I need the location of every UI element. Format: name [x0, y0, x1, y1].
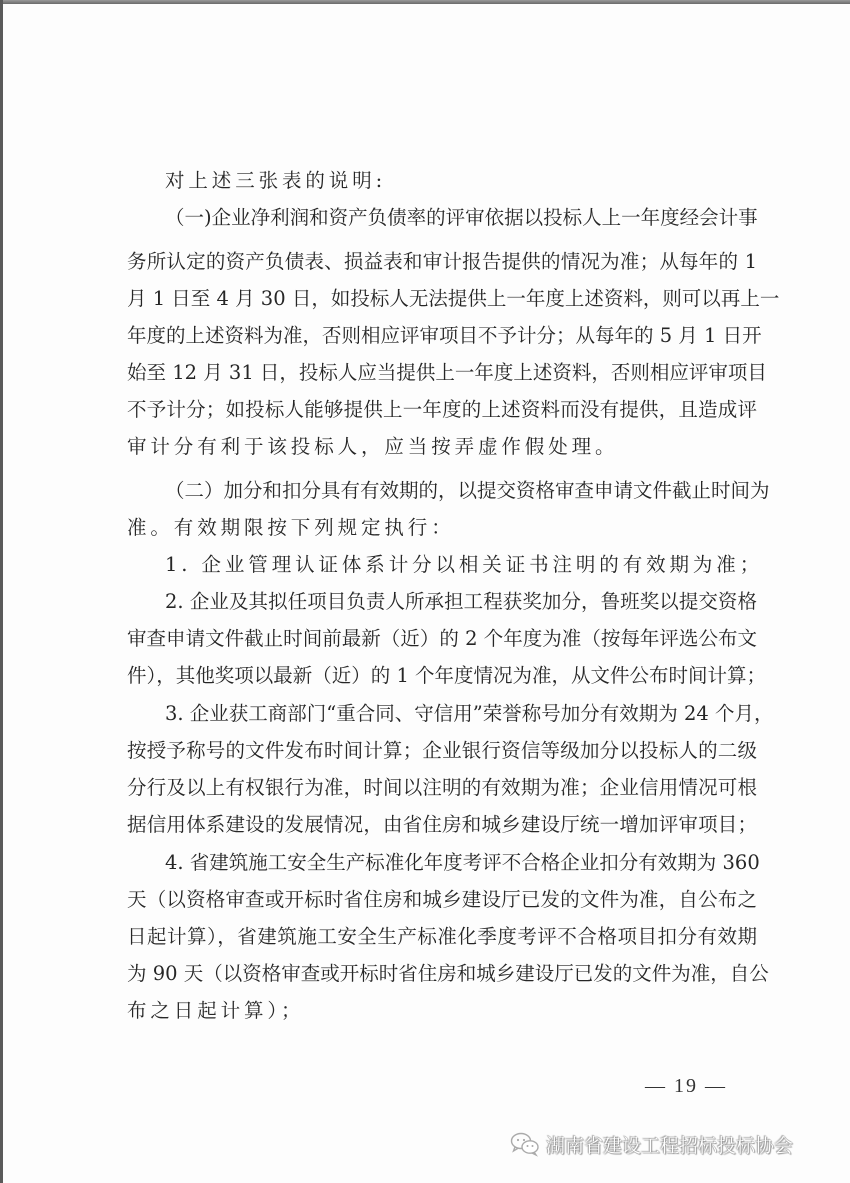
- text-line: 务所认定的资产负债表、损益表和审计报告提供的情况为准；从每年的 1: [127, 247, 757, 277]
- page-number: — 19 —: [645, 1075, 727, 1098]
- text-line: 准。有效期限按下列规定执行：: [127, 513, 757, 543]
- text-line: （一)企业净利润和资产负债率的评审依据以投标人上一年度经会计事: [165, 203, 757, 233]
- text-line: 1. 企业管理认证体系计分以相关证书注明的有效期为准；: [165, 550, 757, 580]
- text-line: 对上述三张表的说明:: [165, 166, 757, 196]
- text-line: （二）加分和扣分具有有效期的，以提交资格审查申请文件截止时间为: [165, 476, 757, 506]
- scan-border-top: [0, 0, 850, 4]
- text-line: 月 1 日至 4 月 30 日，如投标人无法提供上一年度上述资料，则可以再上一: [127, 284, 757, 314]
- text-line: 日起计算），省建筑施工安全生产标准化季度考评不合格项目扣分有效期: [127, 922, 757, 952]
- text-line: 天（以资格审查或开标时省住房和城乡建设厅已发的文件为准，自公布之: [127, 885, 757, 915]
- text-line: 审计分有利于该投标人，应当按弄虚作假处理。: [127, 432, 757, 462]
- text-line: 按授予称号的文件发布时间计算；企业银行资信等级加分以投标人的二级: [127, 736, 757, 766]
- text-line: 2. 企业及其拟任项目负责人所承担工程获奖加分，鲁班奖以提交资格: [165, 587, 757, 617]
- text-line: 为 90 天（以资格审查或开标时省住房和城乡建设厅已发的文件为准，自公: [127, 959, 757, 989]
- wechat-icon: [510, 1131, 540, 1157]
- scan-border-left: [0, 0, 3, 1183]
- text-line: 审查申请文件截止时间前最新（近）的 2 个年度为准（按每年评选公布文: [127, 624, 757, 654]
- text-line: 件），其他奖项以最新（近）的 1 个年度情况为准，从文件公布时间计算；: [127, 661, 757, 691]
- text-line: 始至 12 月 31 日，投标人应当提供上一年度上述资料，否则相应评审项目: [127, 358, 757, 388]
- text-line: 布之日起计算）；: [127, 996, 757, 1026]
- text-line: 据信用体系建设的发展情况，由省住房和城乡建设厅统一增加评审项目；: [127, 810, 757, 840]
- text-line: 3. 企业获工商部门“重合同、守信用”荣誉称号加分有效期为 24 个月，: [165, 699, 757, 729]
- watermark-text: 湖南省建设工程招标投标协会: [546, 1131, 793, 1158]
- text-line: 年度的上述资料为准，否则相应评审项目不予计分；从每年的 5 月 1 日开: [127, 321, 757, 351]
- text-line: 分行及以上有权银行为准，时间以注明的有效期为准；企业信用情况可根: [127, 773, 757, 803]
- watermark: 湖南省建设工程招标投标协会: [510, 1126, 793, 1162]
- text-line: 4. 省建筑施工安全生产标准化年度考评不合格企业扣分有效期为 360: [165, 848, 757, 878]
- document-page: 对上述三张表的说明:（一)企业净利润和资产负债率的评审依据以投标人上一年度经会计…: [0, 0, 850, 1183]
- text-line: 不予计分；如投标人能够提供上一年度的上述资料而没有提供，且造成评: [127, 395, 757, 425]
